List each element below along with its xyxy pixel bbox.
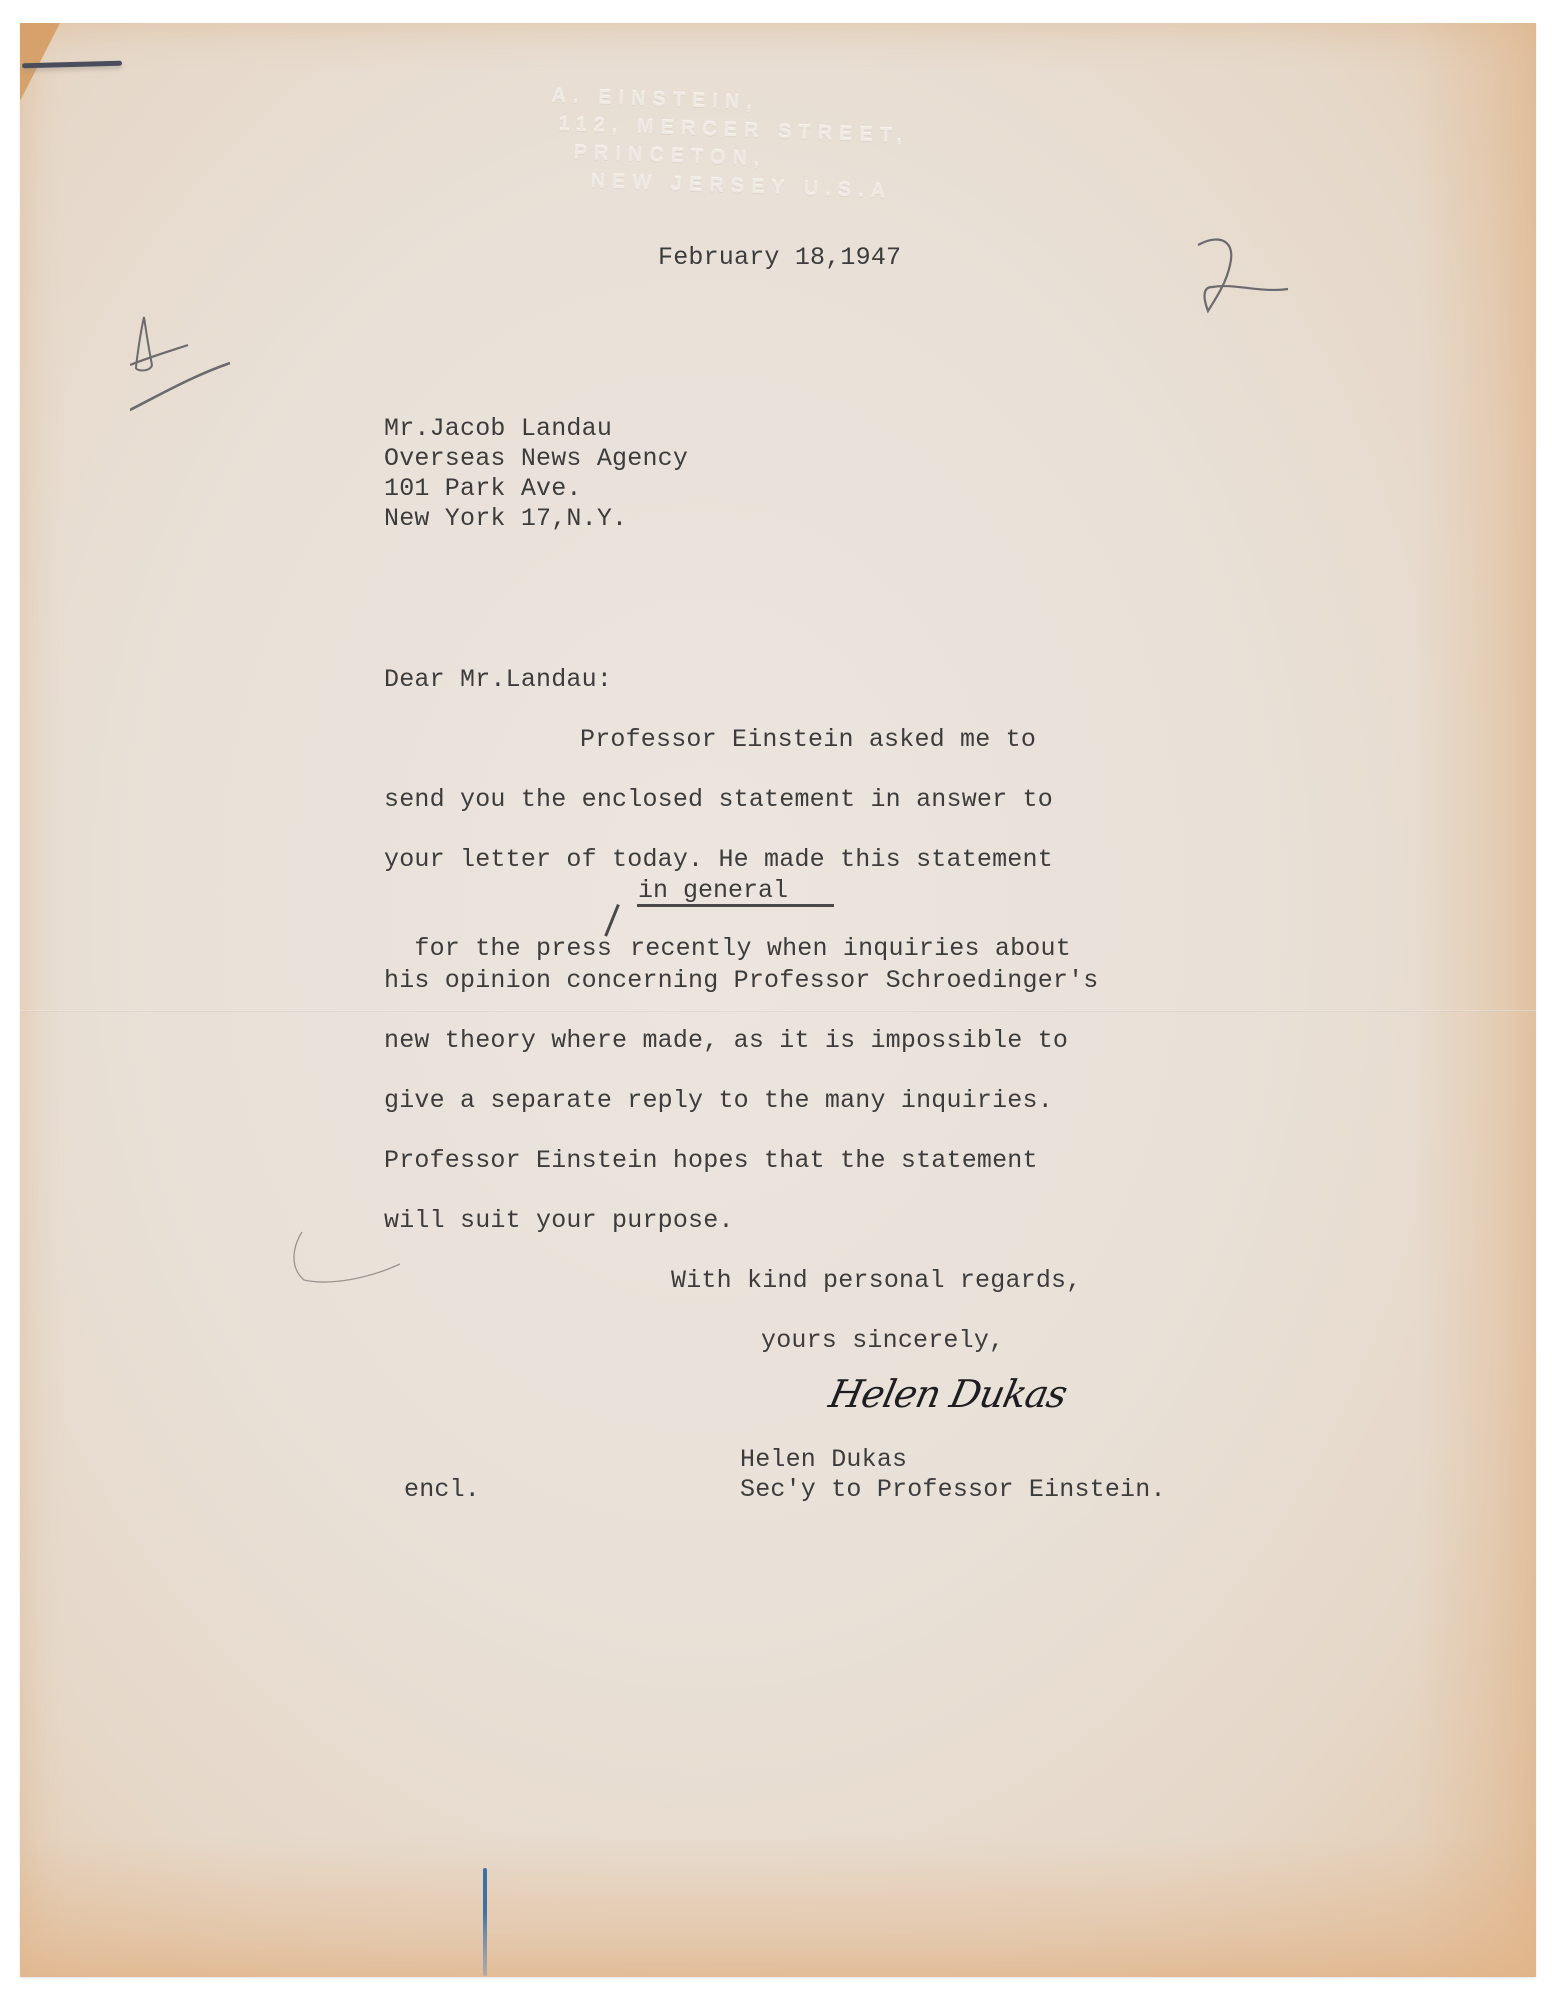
blue-pencil-mark-icon: [483, 1868, 487, 1976]
handwritten-signature: Helen Dukas: [825, 1372, 1070, 1416]
fold-crease: [20, 1010, 1536, 1012]
body-line: send you the enclosed statement in answe…: [384, 785, 1053, 814]
body-line: will suit your purpose.: [384, 1206, 734, 1235]
interlinear-insertion: in general: [638, 876, 788, 905]
recipient-street: 101 Park Ave.: [384, 474, 582, 504]
closing-regards: With kind personal regards,: [671, 1266, 1081, 1295]
body-line: his opinion concerning Professor Schroed…: [384, 966, 1099, 995]
recipient-organization: Overseas News Agency: [384, 444, 688, 474]
paper-edge-toning-bottom: [20, 1837, 1536, 1977]
typed-signature-name: Helen Dukas: [740, 1445, 907, 1474]
body-line: Professor Einstein asked me to: [580, 725, 1036, 754]
letter-date: February 18,1947: [658, 243, 901, 272]
recipient-name: Mr.Jacob Landau: [384, 414, 612, 444]
enclosure-note: encl.: [404, 1475, 480, 1504]
recipient-city: New York 17,N.Y.: [384, 504, 627, 534]
paper-edge-toning-right: [1416, 23, 1536, 1977]
body-line-prefix: for the press: [414, 934, 612, 963]
body-line-suffix: recently when inquiries about: [630, 934, 1071, 963]
body-line: your letter of today. He made this state…: [384, 845, 1053, 874]
salutation: Dear Mr.Landau:: [384, 665, 612, 694]
letter-page: [20, 23, 1536, 1977]
body-line: give a separate reply to the many inquir…: [384, 1086, 1053, 1115]
body-line: Professor Einstein hopes that the statem…: [384, 1146, 1038, 1175]
body-line-with-insertion: for the pressrecently when inquiries abo…: [384, 905, 1071, 963]
body-line: new theory where made, as it is impossib…: [384, 1026, 1068, 1055]
embossed-letterhead: A. EINSTEIN, 112, MERCER STREET, PRINCET…: [548, 82, 911, 206]
signatory-title: Sec'y to Professor Einstein.: [740, 1475, 1166, 1504]
closing-sincerely: yours sincerely,: [761, 1326, 1004, 1355]
